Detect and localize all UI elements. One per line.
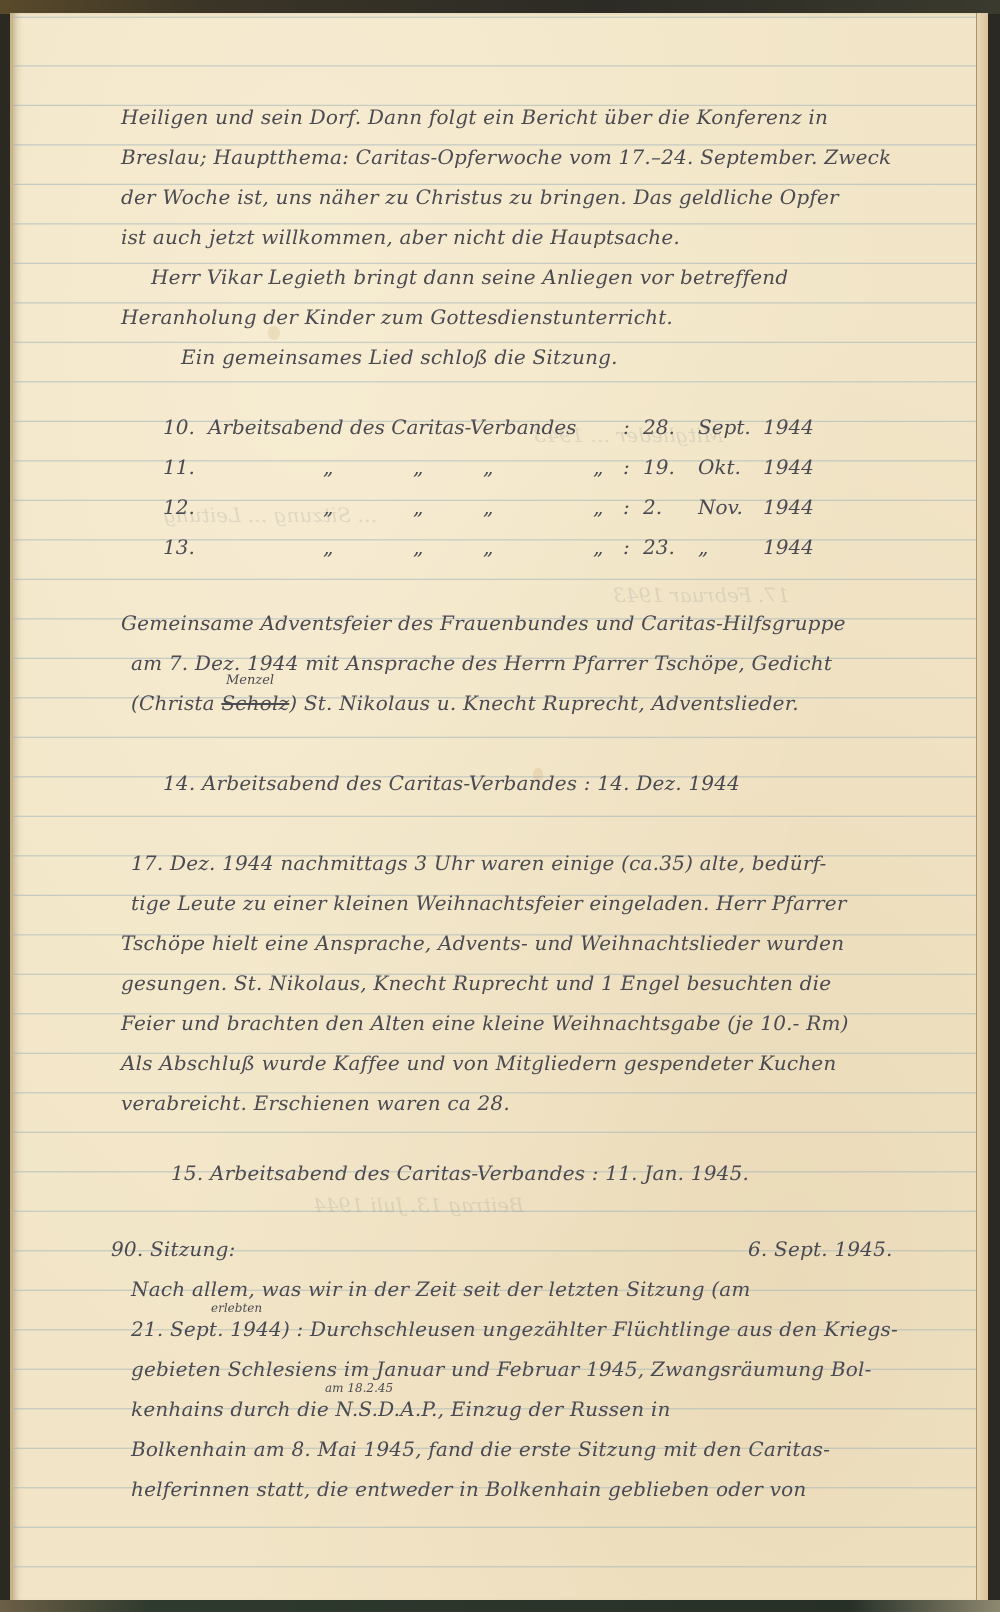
entry-number: 11. <box>163 455 195 479</box>
ditto-mark: „ <box>413 455 423 479</box>
ditto-mark: „ <box>323 535 333 559</box>
text-line: kenhains durch die N.S.D.A.P., Einzug de… <box>131 1397 671 1421</box>
text-line: der Woche ist, uns näher zu Christus zu … <box>121 185 839 209</box>
entry-month: Okt. <box>698 455 741 479</box>
text-line: Bolkenhain am 8. Mai 1945, fand die erst… <box>131 1437 830 1461</box>
text-line: Breslau; Hauptthema: Caritas-Opferwoche … <box>121 145 891 169</box>
entry-separator: : <box>623 495 630 519</box>
struck-word: Scholz <box>221 691 289 715</box>
session-heading: 90. Sitzung: <box>111 1237 236 1261</box>
ledger-page: Mitglieder … 1943 … Sitzung … Leitung 17… <box>10 13 988 1602</box>
entry-separator: : <box>592 1161 599 1185</box>
table-row: 11. „ „ „ „ : 19. Okt. 1944 <box>163 455 823 483</box>
ditto-mark: „ <box>483 495 493 519</box>
entry-label: Arbeitsabend des Caritas-Verbandes <box>208 415 576 439</box>
text-line: 21. Sept. 1944) : Durchschleusen ungezäh… <box>131 1317 898 1341</box>
book-binding-top <box>0 0 1000 14</box>
entry-day: 28. <box>643 415 675 439</box>
inserted-date: am 18.2.45 <box>325 1381 393 1395</box>
entry-year: 1944 <box>763 415 814 439</box>
text-line: Feier und brachten den Alten eine kleine… <box>121 1011 849 1035</box>
text-line: verabreicht. Erschienen waren ca 28. <box>121 1091 510 1115</box>
text-line: am 7. Dez. 1944 mit Ansprache des Herrn … <box>131 651 832 675</box>
session-date: 6. Sept. 1945. <box>748 1237 893 1261</box>
entry-number: 12. <box>163 495 195 519</box>
inserted-word: Menzel <box>226 673 274 688</box>
text-line: Tschöpe hielt eine Ansprache, Advents- u… <box>121 931 844 955</box>
text-line: Gemeinsame Adventsfeier des Frauenbundes… <box>121 611 846 635</box>
entry-month: „ <box>698 535 708 559</box>
ditto-mark: „ <box>483 535 493 559</box>
text-fragment: : Durchschleusen ungezählter Flüchtlinge… <box>297 1317 898 1341</box>
entry-day: 19. <box>643 455 675 479</box>
bleed-through-text: 17. Februar 1943 <box>613 583 790 607</box>
entry-year: 1944 <box>763 495 814 519</box>
ditto-mark: „ <box>323 495 333 519</box>
entry-month: Nov. <box>698 495 743 519</box>
text-line: gebieten Schlesiens im Januar und Februa… <box>131 1357 872 1381</box>
entry-month: Sept. <box>698 415 751 439</box>
text-fragment: durch die N.S.D.A.P., Einzug der Russen … <box>230 1397 670 1421</box>
book-binding-bottom <box>0 1600 1000 1612</box>
ditto-mark: „ <box>413 495 423 519</box>
text-line: Heiligen und sein Dorf. Dann folgt ein B… <box>121 105 828 129</box>
text-line: gesungen. St. Nikolaus, Knecht Ruprecht … <box>121 971 831 995</box>
text-fragment: kenhains <box>131 1397 230 1421</box>
work-evening-entry: 14. Arbeitsabend des Caritas-Verbandes :… <box>163 771 740 795</box>
ditto-mark: „ <box>323 455 333 479</box>
text-line: Nach allem, was wir in der Zeit seit der… <box>131 1277 751 1301</box>
entry-year: 1944 <box>763 535 814 559</box>
table-row: 12. „ „ „ „ : 2. Nov. 1944 <box>163 495 823 523</box>
work-evening-entry: 15. Arbeitsabend des Caritas-Verbandes :… <box>171 1161 749 1185</box>
ditto-mark: „ <box>593 535 603 559</box>
entry-label: Arbeitsabend des Caritas-Verbandes <box>210 1161 585 1185</box>
entry-number: 15. <box>171 1161 203 1185</box>
entry-number: 13. <box>163 535 195 559</box>
text-line: Herr Vikar Legieth bringt dann seine Anl… <box>151 265 788 289</box>
ditto-mark: „ <box>483 455 493 479</box>
entry-separator: : <box>584 771 591 795</box>
text-line: 17. Dez. 1944 nachmittags 3 Uhr waren ei… <box>131 851 826 875</box>
text-line: (Christa Scholz) St. Nikolaus u. Knecht … <box>131 691 799 715</box>
entry-year: 1944 <box>763 455 814 479</box>
table-row: 13. „ „ „ „ : 23. „ 1944 <box>163 535 823 563</box>
entry-date: 14. Dez. 1944 <box>597 771 740 795</box>
entry-number: 14. <box>163 771 195 795</box>
text-fragment: (Christa <box>131 691 221 715</box>
text-line: Als Abschluß wurde Kaffee und von Mitgli… <box>121 1051 836 1075</box>
entry-separator: : <box>623 455 630 479</box>
bleed-through-text: Beitrag 13. Juli 1944 <box>313 1193 524 1217</box>
entry-day: 23. <box>643 535 675 559</box>
entry-label: Arbeitsabend des Caritas-Verbandes <box>202 771 577 795</box>
page-edge <box>976 13 988 1602</box>
entry-separator: : <box>623 415 630 439</box>
text-line: Heranholung der Kinder zum Gottesdienstu… <box>121 305 673 329</box>
table-row: 10. Arbeitsabend des Caritas-Verbandes :… <box>163 415 823 443</box>
text-line: tige Leute zu einer kleinen Weihnachtsfe… <box>131 891 847 915</box>
entry-day: 2. <box>643 495 662 519</box>
inserted-word: erlebten <box>211 1301 262 1315</box>
entry-number: 10. <box>163 415 195 439</box>
ditto-mark: „ <box>593 495 603 519</box>
text-fragment: ) St. Nikolaus u. Knecht Ruprecht, Adven… <box>289 691 799 715</box>
ditto-mark: „ <box>413 535 423 559</box>
entry-date: 11. Jan. 1945. <box>605 1161 749 1185</box>
entry-separator: : <box>623 535 630 559</box>
ditto-mark: „ <box>593 455 603 479</box>
text-line: ist auch jetzt willkommen, aber nicht di… <box>121 225 680 249</box>
text-line: helferinnen statt, die entweder in Bolke… <box>131 1477 806 1501</box>
text-line: Ein gemeinsames Lied schloß die Sitzung. <box>181 345 618 369</box>
text-fragment: 21. Sept. 1944) <box>131 1317 297 1341</box>
